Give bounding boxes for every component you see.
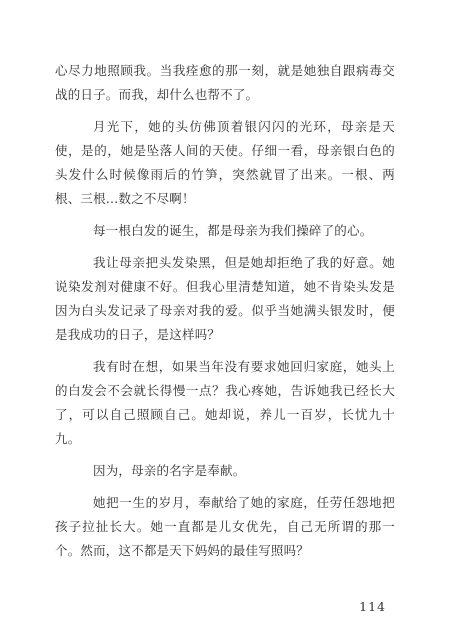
paragraph: 月光下，她的头仿佛顶着银闪闪的光环，母亲是天使，是的，她是坠落人间的天使。仔细一… xyxy=(55,115,395,211)
paragraph: 她把一生的岁月，奉献给了她的家庭，任劳任怨地把孩子拉扯长大。她一直都是儿女优先，… xyxy=(55,491,395,563)
paragraph: 因为，母亲的名字是奉献。 xyxy=(55,459,395,483)
paragraph: 每一根白发的诞生，都是母亲为我们操碎了的心。 xyxy=(55,219,395,243)
paragraph: 我让母亲把头发染黑，但是她却拒绝了我的好意。她说染发剂对健康不好。但我心里清楚知… xyxy=(55,251,395,347)
paragraph-continuation: 心尽力地照顾我。当我痊愈的那一刻，就是她独自跟病毒交战的日子。而我，却什么也帮不… xyxy=(55,59,395,107)
book-page: 心尽力地照顾我。当我痊愈的那一刻，就是她独自跟病毒交战的日子。而我，却什么也帮不… xyxy=(0,0,450,640)
page-number: 114 xyxy=(359,599,386,614)
paragraph: 我有时在想，如果当年没有要求她回归家庭，她头上的白发会不会就长得慢一点？我心疼她… xyxy=(55,355,395,451)
